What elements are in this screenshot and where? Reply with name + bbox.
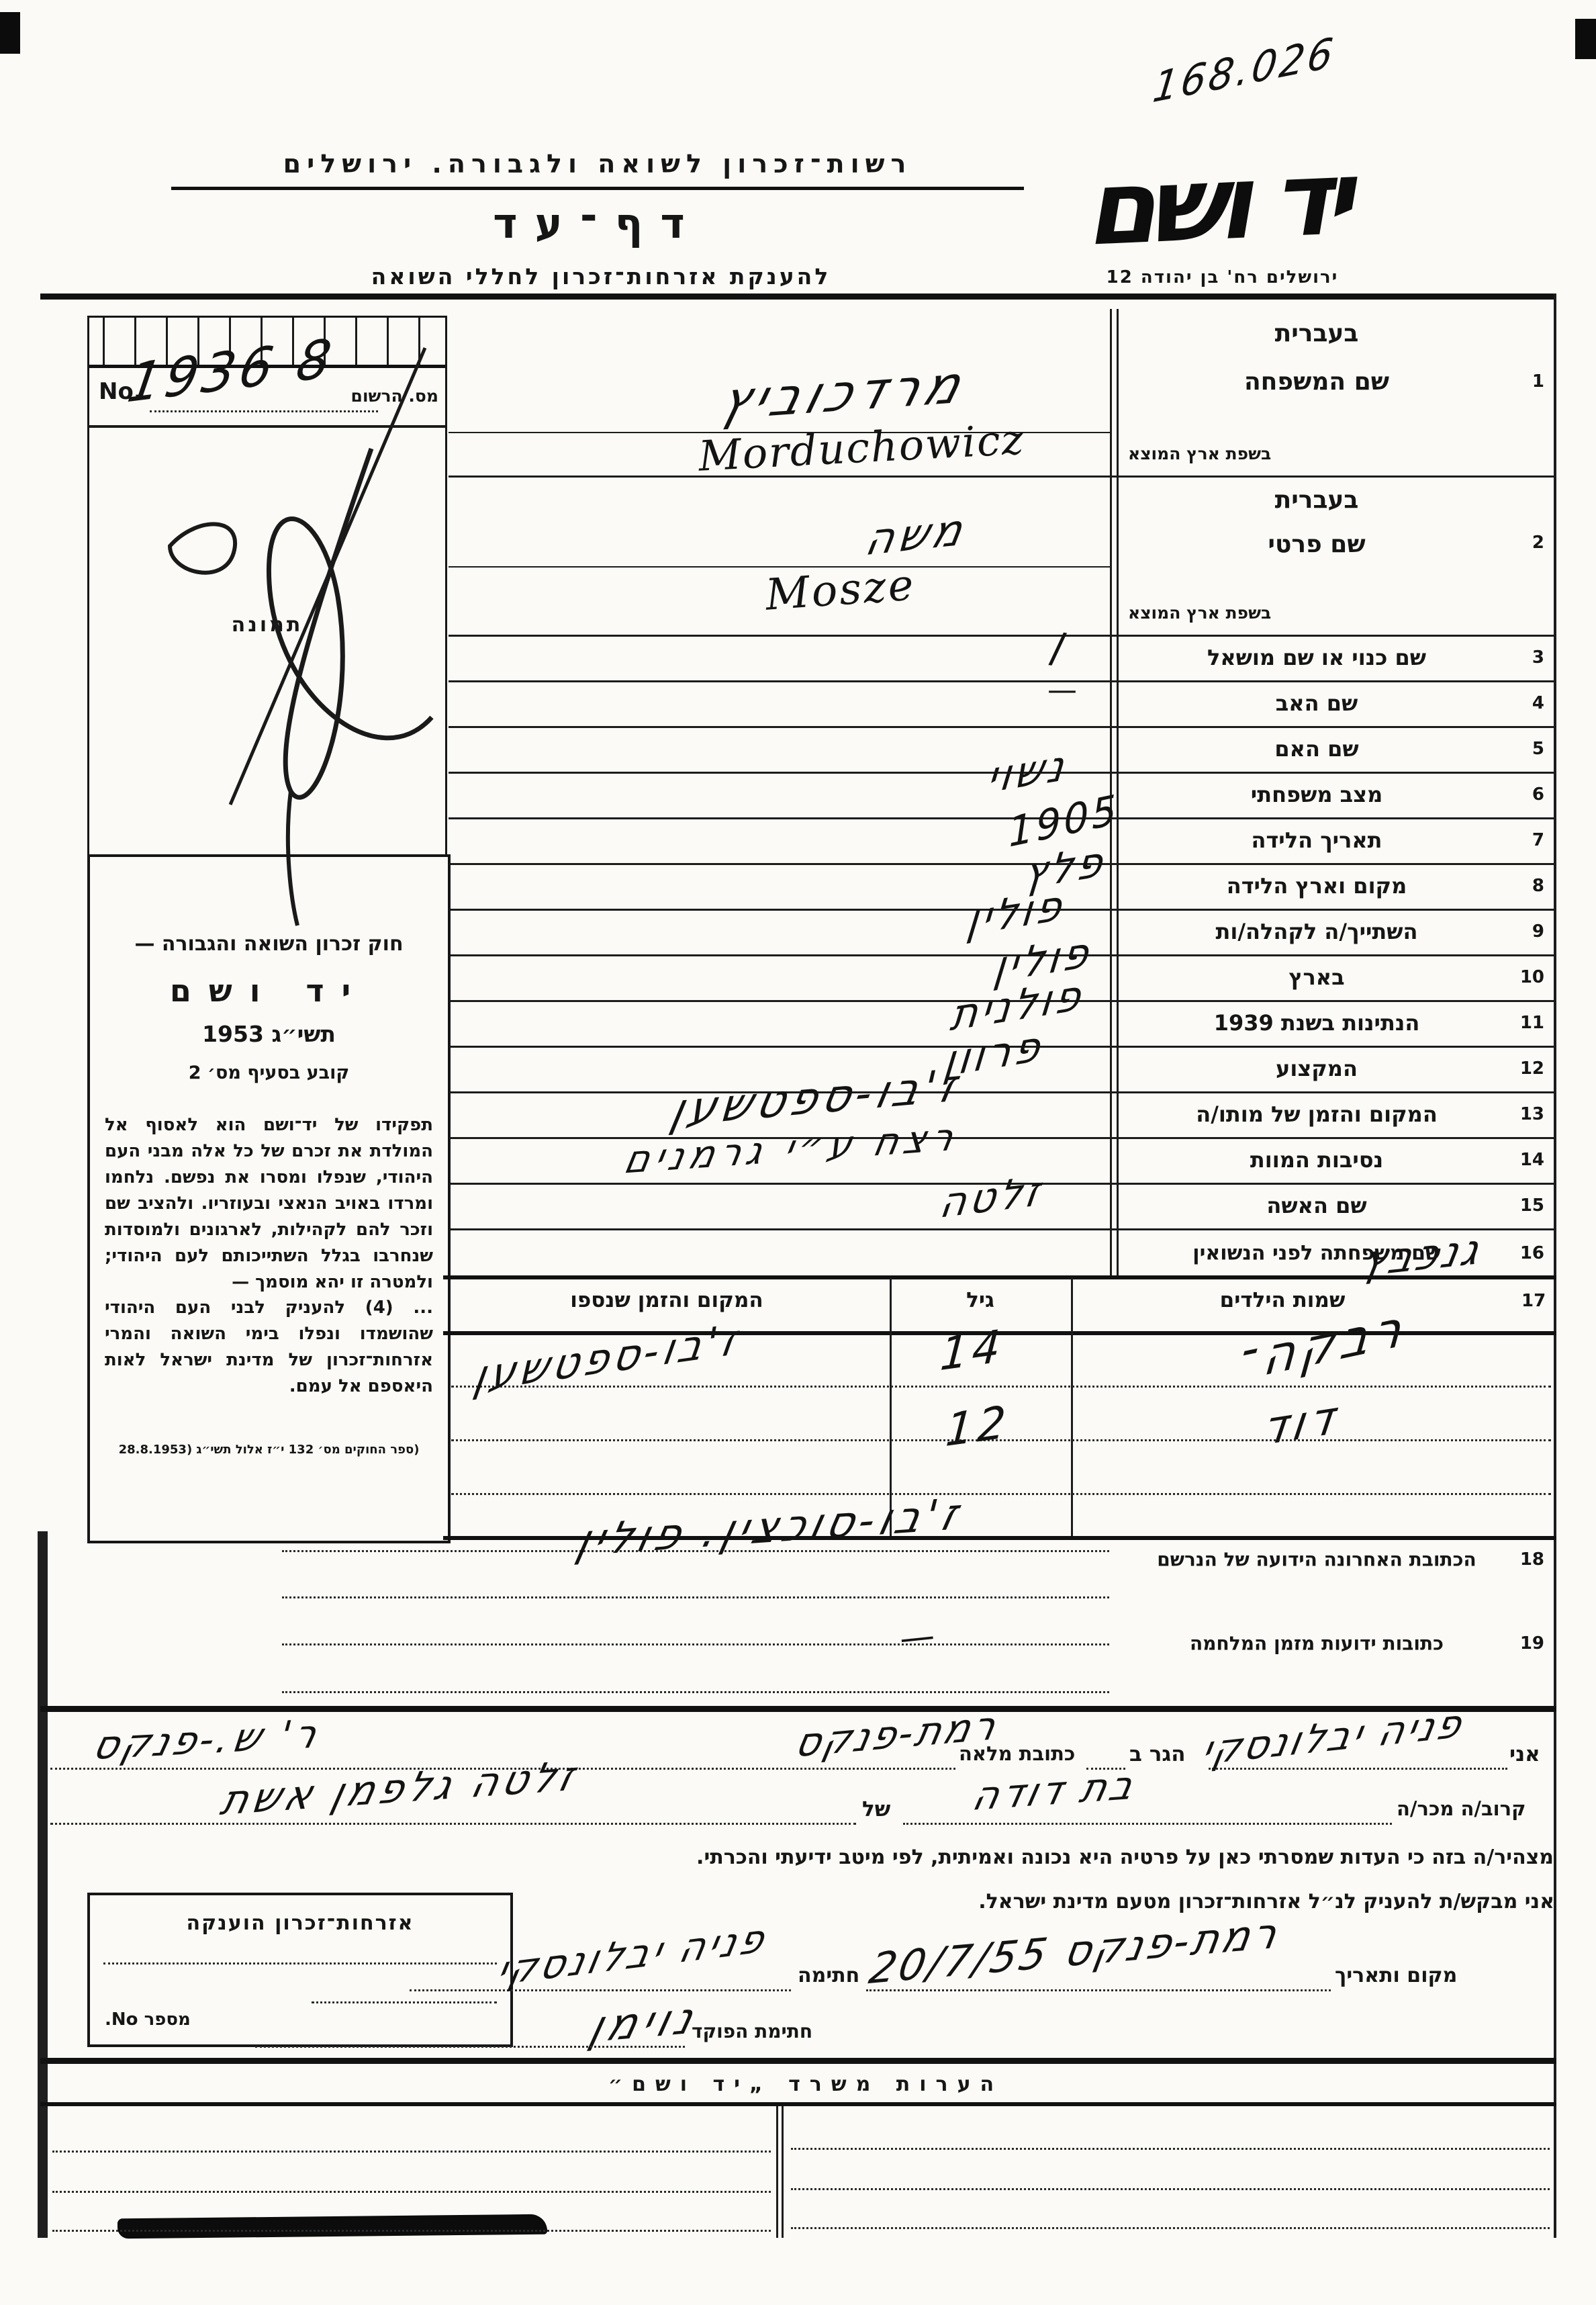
- field-row-11: הנתינות בשנת 1939 11: [1119, 1000, 1552, 1046]
- authority-line: רשות־זכרון לשואה ולגבורה. ירושלים: [171, 149, 1024, 190]
- hand-child-1-age: 14: [939, 1320, 1006, 1382]
- field-2-sub-top: בעברית: [1124, 486, 1509, 514]
- hand-of-whom: זלטה גלפמן אשת: [216, 1752, 583, 1825]
- notes-line-left-1: [52, 2151, 771, 2153]
- section-19-line: [282, 1643, 1109, 1645]
- field-row-10: בארץ 10: [1119, 954, 1552, 1000]
- table-header-place: המקום והזמן שנספו: [449, 1288, 885, 1312]
- notes-center-line-a: [776, 2106, 778, 2238]
- hand-child-2-age: 12: [944, 1396, 1012, 1457]
- granted-line-1: [103, 1962, 497, 1964]
- granted-citizenship-box: אזרחות־זכרון הוענקה מספר No.: [87, 1893, 513, 2047]
- field-4-number: 4: [1532, 693, 1544, 713]
- field-row-13: המקום והזמן של מותו/ה 13: [1119, 1091, 1552, 1137]
- field-12-label: המקצוע: [1124, 1056, 1509, 1081]
- right-border: [1554, 293, 1556, 2238]
- declaration-statement-2: אני מבקש/ת להעניק לנ״ל אזרחות־זכרון מטעם…: [843, 1890, 1554, 1913]
- field-9-label: השתייך/ה לקהלה/ות: [1124, 919, 1509, 944]
- field-8-number: 8: [1532, 876, 1544, 896]
- notes-title: הערות משרד „יד ושם״: [403, 2073, 1209, 2096]
- table-row-line-3: [451, 1493, 1551, 1495]
- hand-child-2-name: דוד: [1258, 1390, 1342, 1457]
- declaration-statement-1: מצהיר/ה בזה כי העדות שמסרתי כאן על פרטיה…: [530, 1846, 1554, 1869]
- field-5-label: שם האם: [1124, 736, 1509, 762]
- notes-line-left-3: [52, 2230, 771, 2232]
- field-7-number: 7: [1532, 830, 1544, 850]
- section-19-number: 19: [1520, 1633, 1544, 1654]
- field-row-15: שם האשה 15: [1119, 1183, 1552, 1228]
- law-paragraph-2: ‏... (4) להעניק לבני העם היהודי שהושמדו …: [105, 1295, 433, 1400]
- field-1-label: שם המשפחה: [1124, 368, 1509, 396]
- section-19-label: כתובות ידועות מזמן המלחמה: [1124, 1633, 1509, 1655]
- granted-number-label-he: מספר: [144, 2009, 191, 2030]
- hand-wartime-address: —: [898, 1615, 937, 1659]
- granted-title: אזרחות־זכרון הוענקה: [95, 1911, 505, 1935]
- field-row-6: מצב משפחתי 6: [1119, 772, 1552, 817]
- scan-artifact-topright: [1575, 19, 1596, 59]
- section-19-line-2: [282, 1691, 1109, 1693]
- field-row-3: שם כנוי או שם מושאל 3: [1119, 635, 1552, 680]
- field-10-number: 10: [1520, 967, 1544, 987]
- archival-number-hand: 168.026: [1150, 28, 1338, 113]
- field-14-label: נסיבות המוות: [1124, 1147, 1509, 1173]
- section-18-row: הכתובת האחרונה הידועה של הנרשם 18: [1119, 1539, 1552, 1580]
- registry-registered-label: מס. הרשום: [351, 386, 438, 406]
- declaration-of-label: של: [862, 1797, 890, 1821]
- hand-signature: פניה יבלונסקי: [492, 1914, 772, 1995]
- granted-number-label-no: No.: [105, 2009, 138, 2030]
- declaration-relation-line: [903, 1823, 1392, 1825]
- field-6-number: 6: [1532, 784, 1544, 805]
- hand-nickname: /: [1047, 623, 1068, 673]
- clerk-signature-line: [255, 2046, 685, 2048]
- signature-line: [410, 1989, 791, 1991]
- field-2-label: שם פרטי: [1124, 531, 1509, 558]
- field-13-number: 13: [1520, 1104, 1544, 1124]
- field-12-number: 12: [1520, 1058, 1544, 1079]
- field-3-number: 3: [1532, 647, 1544, 668]
- field-2-number: 2: [1532, 533, 1544, 553]
- notes-rule-top: [40, 2058, 1556, 2064]
- field-1-sub-top: בעברית: [1124, 320, 1509, 347]
- field-11-number: 11: [1520, 1013, 1544, 1033]
- logo-address: ירושלים רח' בן יהודה 12: [1039, 267, 1405, 287]
- hand-place-date: רמת-פנקס 20/7/55: [865, 1908, 1284, 1994]
- section-18-label: הכתובת האחרונה הידועה של הנרשם: [1124, 1549, 1509, 1571]
- field-5-number: 5: [1532, 739, 1544, 759]
- table-number: 17: [1521, 1291, 1546, 1311]
- testimony-page-scan: 168.026 רשות־זכרון לשואה ולגבורה. ירושלי…: [0, 0, 1596, 2305]
- pen-scribble: [89, 428, 445, 852]
- scan-smudge-bottom: [118, 2214, 547, 2239]
- notes-line-left-2: [52, 2191, 771, 2193]
- hand-relation: בת דודה: [968, 1762, 1142, 1819]
- place-date-line: [866, 1989, 1331, 1991]
- field-3-label: שם כנוי או שם מושאל: [1124, 645, 1509, 670]
- form-subtitle: להענקת אזרחות־זכרון לחללי השואה: [255, 263, 947, 289]
- hand-marital-status: נשוי: [984, 739, 1070, 803]
- table-header-age: גיל: [893, 1288, 1068, 1312]
- field-13-label: המקום והזמן של מותו/ה: [1124, 1101, 1509, 1127]
- declaration-ani-label: אני: [1509, 1742, 1540, 1766]
- field-15-number: 15: [1520, 1195, 1544, 1216]
- hand-signature-2: נוימן: [584, 1993, 704, 2053]
- field-row-8: מקום וארץ הלידה 8: [1119, 863, 1552, 909]
- field-row-9: השתייך/ה לקהלה/ות 9: [1119, 909, 1552, 954]
- field-1-sub-bottom: בשפת ארץ המוצא: [1128, 444, 1509, 463]
- field-9-number: 9: [1532, 921, 1544, 942]
- law-name: יד ושם: [97, 973, 441, 1009]
- granted-number-label: מספר No.: [105, 2009, 191, 2030]
- field-11-label: הנתינות בשנת 1939: [1124, 1010, 1509, 1036]
- field-16-number: 16: [1520, 1243, 1544, 1263]
- field-row-4: שם האב 4: [1119, 680, 1552, 726]
- field-row-12: המקצוע 12: [1119, 1046, 1552, 1091]
- law-title: חוק זכרון השואה והגבורה —: [97, 932, 441, 956]
- field-1-number: 1: [1532, 371, 1544, 392]
- hand-first-name-origin: Mosze: [764, 560, 917, 620]
- yad-vashem-logo: יד ושם: [1029, 131, 1416, 275]
- law-clause: קובע בסעיף מס׳ 2: [97, 1063, 441, 1083]
- section-18-line-2: [282, 1596, 1109, 1598]
- field-7-label: תאריך הלידה: [1124, 827, 1509, 853]
- law-source-note: (ספר החוקים מס׳ 132 י״ז אלול תשי״ג (28.8…: [98, 1443, 440, 1457]
- write-line: [449, 566, 1110, 568]
- notes-line-right-2: [791, 2188, 1550, 2190]
- table-col-line-b: [1071, 1277, 1073, 1536]
- field-row-14: נסיבות המוות 14: [1119, 1137, 1552, 1183]
- registry-dotted-line: [150, 410, 378, 412]
- field-14-number: 14: [1520, 1150, 1544, 1170]
- field-8-label: מקום וארץ הלידה: [1124, 873, 1509, 899]
- granted-line-2a: [312, 2001, 497, 2003]
- hand-last-address: ז'בו-סוכצין. פולין: [571, 1489, 967, 1566]
- table-top-rule: [443, 1275, 1556, 1279]
- section-19-row: כתובות ידועות מזמן המלחמה 19: [1119, 1625, 1552, 1662]
- law-year: תשי״ג 1953: [97, 1021, 441, 1047]
- law-paragraph-1: תפקידו של יד־ושם הוא לאסוף אל המולדת את …: [105, 1112, 433, 1296]
- field-row-1: בעברית שם המשפחה 1 בשפת ארץ המוצא: [1119, 309, 1552, 476]
- hand-declarant-address: ר' ש.-פנקס: [88, 1711, 326, 1769]
- notes-rule-bottom: [40, 2102, 1556, 2106]
- field-6-label: מצב משפחתי: [1124, 782, 1509, 807]
- notes-line-right-1: [791, 2148, 1550, 2150]
- form-title: דף־עד: [430, 199, 765, 248]
- scan-artifact-topleft: [0, 12, 20, 54]
- header-rule: [40, 293, 1556, 300]
- table-header-names: שמות הילדים: [1074, 1288, 1491, 1312]
- declaration-relation-label: קרוב/ה מכר/ה: [1397, 1797, 1525, 1820]
- declaration-rule: [40, 1706, 1556, 1712]
- hand-child-1-place: ז'בו-ספטשען: [470, 1314, 744, 1402]
- declaration-of-line: [50, 1823, 856, 1825]
- field-2-sub-bottom: בשפת ארץ המוצא: [1128, 603, 1509, 623]
- signature-label: חתימה: [798, 1964, 859, 1987]
- notes-line-right-3: [791, 2227, 1550, 2229]
- field-15-label: שם האשה: [1124, 1193, 1509, 1218]
- field-row-7: תאריך הלידה 7: [1119, 817, 1552, 863]
- section-18-number: 18: [1520, 1549, 1544, 1570]
- field-10-label: בארץ: [1124, 964, 1509, 990]
- notes-center-line-b: [782, 2106, 784, 2238]
- field-row-5: שם האם 5: [1119, 726, 1552, 772]
- place-date-label: מקום ותאריך: [1335, 1964, 1457, 1987]
- table-row-line-1: [451, 1386, 1551, 1388]
- scan-edge-strip: [38, 1531, 48, 2238]
- clerk-signature-label: חתימת הפוקד: [692, 2020, 812, 2042]
- law-box: חוק זכרון השואה והגבורה — יד ושם תשי״ג 1…: [87, 854, 451, 1543]
- field-row-2: בעברית שם פרטי 2 בשפת ארץ המוצא: [1119, 476, 1552, 635]
- hand-father-name: —: [1047, 673, 1077, 707]
- field-row-16: שם משפחתה לפני הנשואין 16: [1119, 1228, 1552, 1277]
- hand-wife-name: זלטה: [937, 1167, 1046, 1228]
- hand-first-name-hebrew: משה: [861, 504, 971, 566]
- field-4-label: שם האב: [1124, 690, 1509, 716]
- declaration-address-label: כתובת מלאה: [959, 1742, 1075, 1765]
